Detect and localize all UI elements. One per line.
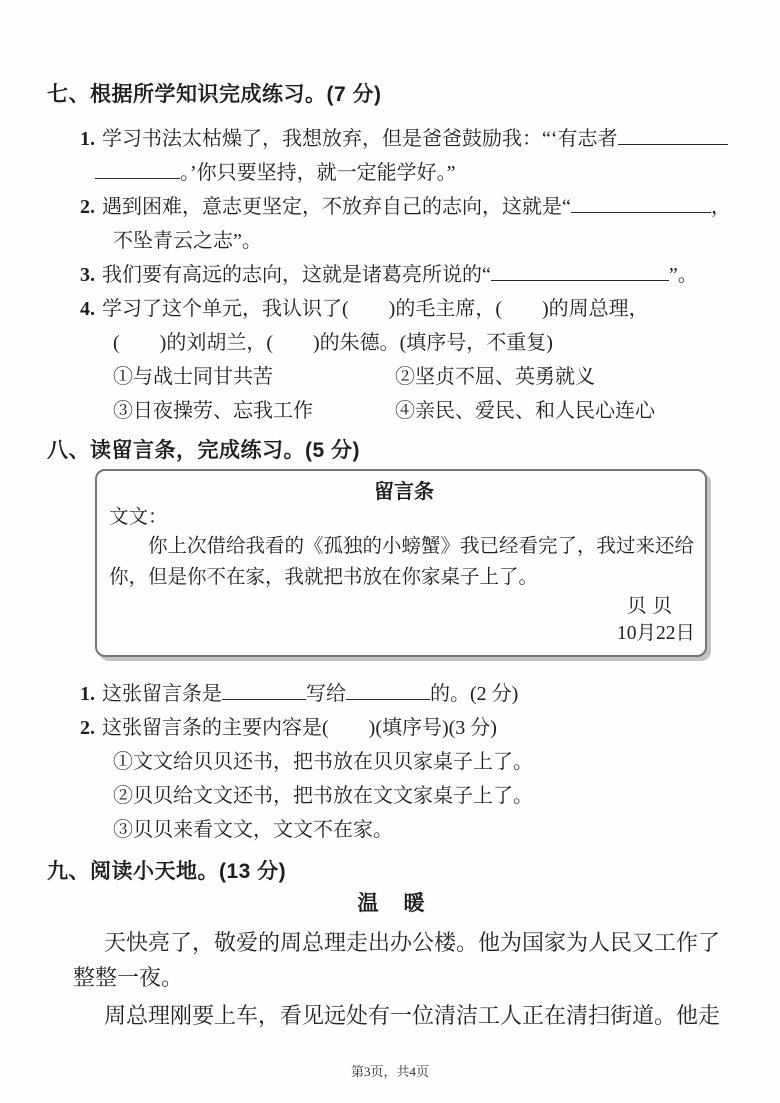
q8-2-line: 2.这张留言条的主要内容是( )(填序号)(3 分) xyxy=(80,711,737,745)
q8-1-text-b: 写给 xyxy=(306,683,346,705)
blank-underline xyxy=(346,680,430,700)
q7-4-options-row-2: ③日夜操劳、忘我工作④亲民、爱民、和人民心连心 xyxy=(113,394,737,428)
q8-2-option-2: ②贝贝给文文还书，把书放在文文家桌子上了。 xyxy=(113,779,737,813)
q7-1-number: 1. xyxy=(80,128,95,150)
q7-2-line-1: 2.遇到困难，意志更坚定，不放弃自己的志向，这就是“， xyxy=(80,190,737,224)
q7-4-option-3: ③日夜操劳、忘我工作 xyxy=(113,394,395,428)
q7-3-number: 3. xyxy=(80,264,95,286)
q7-3-text-a: 我们要有高远的志向，这就是诸葛亮所说的“ xyxy=(102,264,491,286)
passage-paragraph-1-line-2: 整整一夜。 xyxy=(73,960,743,995)
blank-underline xyxy=(491,261,669,281)
note-box: 留言条 文文： 你上次借给我看的《孤独的小螃蟹》我已经看完了，我过来还给 你，但… xyxy=(95,469,707,657)
q7-4-option-2: ②坚贞不屈、英勇就义 xyxy=(395,366,595,388)
q7-2-line-2: 不坠青云之志”。 xyxy=(113,224,737,258)
q8-1-text-c: 的。(2 分) xyxy=(430,683,518,705)
q7-4-text-b: ( )的刘胡兰，( )的朱德。(填序号，不重复) xyxy=(113,332,553,354)
q8-2-number: 2. xyxy=(80,717,95,739)
q7-2-text-b: ， xyxy=(711,196,731,218)
note-salutation: 文文： xyxy=(109,505,699,531)
q7-1-line-2: 。’你只要坚持，就一定能学好。” xyxy=(95,156,737,190)
q7-4-option-4: ④亲民、爱民、和人民心连心 xyxy=(395,400,655,422)
blank-underline xyxy=(571,193,711,213)
reading-passage-title: 温 暖 xyxy=(47,889,737,919)
q7-3-text-b: ”。 xyxy=(669,264,698,286)
note-date: 10月22日 xyxy=(109,620,699,647)
section-8-questions: 1.这张留言条是写给的。(2 分) 2.这张留言条的主要内容是( )(填序号)(… xyxy=(47,677,737,847)
q7-3-line: 3.我们要有高远的志向，这就是诸葛亮所说的“”。 xyxy=(80,258,737,292)
blank-underline xyxy=(222,680,306,700)
test-paper-page: 七、根据所学知识完成练习。(7 分) 1.学习书法太枯燥了，我想放弃，但是爸爸鼓… xyxy=(0,0,780,1103)
note-body-line-2: 你，但是你不在家，我就把书放在你家桌子上了。 xyxy=(109,562,699,593)
q7-2-number: 2. xyxy=(80,196,95,218)
q8-1-text-a: 这张留言条是 xyxy=(102,683,222,705)
note-signer: 贝贝 xyxy=(109,593,699,620)
blank-underline xyxy=(95,159,180,179)
q8-1-number: 1. xyxy=(80,683,95,705)
q7-4-text-a: 学习了这个单元，我认识了( )的毛主席，( )的周总理， xyxy=(102,298,649,320)
q7-1-line-1: 1.学习书法太枯燥了，我想放弃，但是爸爸鼓励我：“‘有志者 xyxy=(80,122,737,156)
q7-4-options-row-1: ①与战士同甘共苦②坚贞不屈、英勇就义 xyxy=(113,360,737,394)
q7-1-text-b: 。’你只要坚持，就一定能学好。” xyxy=(180,162,456,184)
section-7-questions: 1.学习书法太枯燥了，我想放弃，但是爸爸鼓励我：“‘有志者 。’你只要坚持，就一… xyxy=(47,122,737,428)
q7-4-option-1: ①与战士同甘共苦 xyxy=(113,360,395,394)
q8-2-option-1: ①文文给贝贝还书，把书放在贝贝家桌子上了。 xyxy=(113,745,737,779)
q7-4-number: 4. xyxy=(80,298,95,320)
q8-2-option-3: ③贝贝来看文文，文文不在家。 xyxy=(113,813,737,847)
note-title: 留言条 xyxy=(109,479,699,505)
page-content: 七、根据所学知识完成练习。(7 分) 1.学习书法太枯燥了，我想放弃，但是爸爸鼓… xyxy=(0,0,780,1033)
section-8-heading: 八、读留言条，完成练习。(5 分) xyxy=(47,438,737,464)
q7-4-line-2: ( )的刘胡兰，( )的朱德。(填序号，不重复) xyxy=(113,326,737,360)
blank-underline xyxy=(618,125,728,145)
passage-paragraph-2-line-1: 周总理刚要上车，看见远处有一位清洁工人正在清扫街道。他走 xyxy=(73,998,743,1033)
q7-4-line-1: 4.学习了这个单元，我认识了( )的毛主席，( )的周总理， xyxy=(80,292,737,326)
q7-1-text-a: 学习书法太枯燥了，我想放弃，但是爸爸鼓励我：“‘有志者 xyxy=(102,128,618,150)
passage-paragraph-1-line-1: 天快亮了，敬爱的周总理走出办公楼。他为国家为人民又工作了 xyxy=(73,925,743,960)
note-body-line-1: 你上次借给我看的《孤独的小螃蟹》我已经看完了，我过来还给 xyxy=(109,531,699,562)
page-number-footer: 第3页，共4页 xyxy=(0,1061,780,1080)
q8-2-text: 这张留言条的主要内容是( )(填序号)(3 分) xyxy=(102,717,497,739)
q8-1-line: 1.这张留言条是写给的。(2 分) xyxy=(80,677,737,711)
q7-2-text-c: 不坠青云之志”。 xyxy=(113,230,262,252)
section-9-heading: 九、阅读小天地。(13 分) xyxy=(47,859,737,885)
q7-2-text-a: 遇到困难，意志更坚定，不放弃自己的志向，这就是“ xyxy=(102,196,571,218)
section-7-heading: 七、根据所学知识完成练习。(7 分) xyxy=(47,82,737,108)
